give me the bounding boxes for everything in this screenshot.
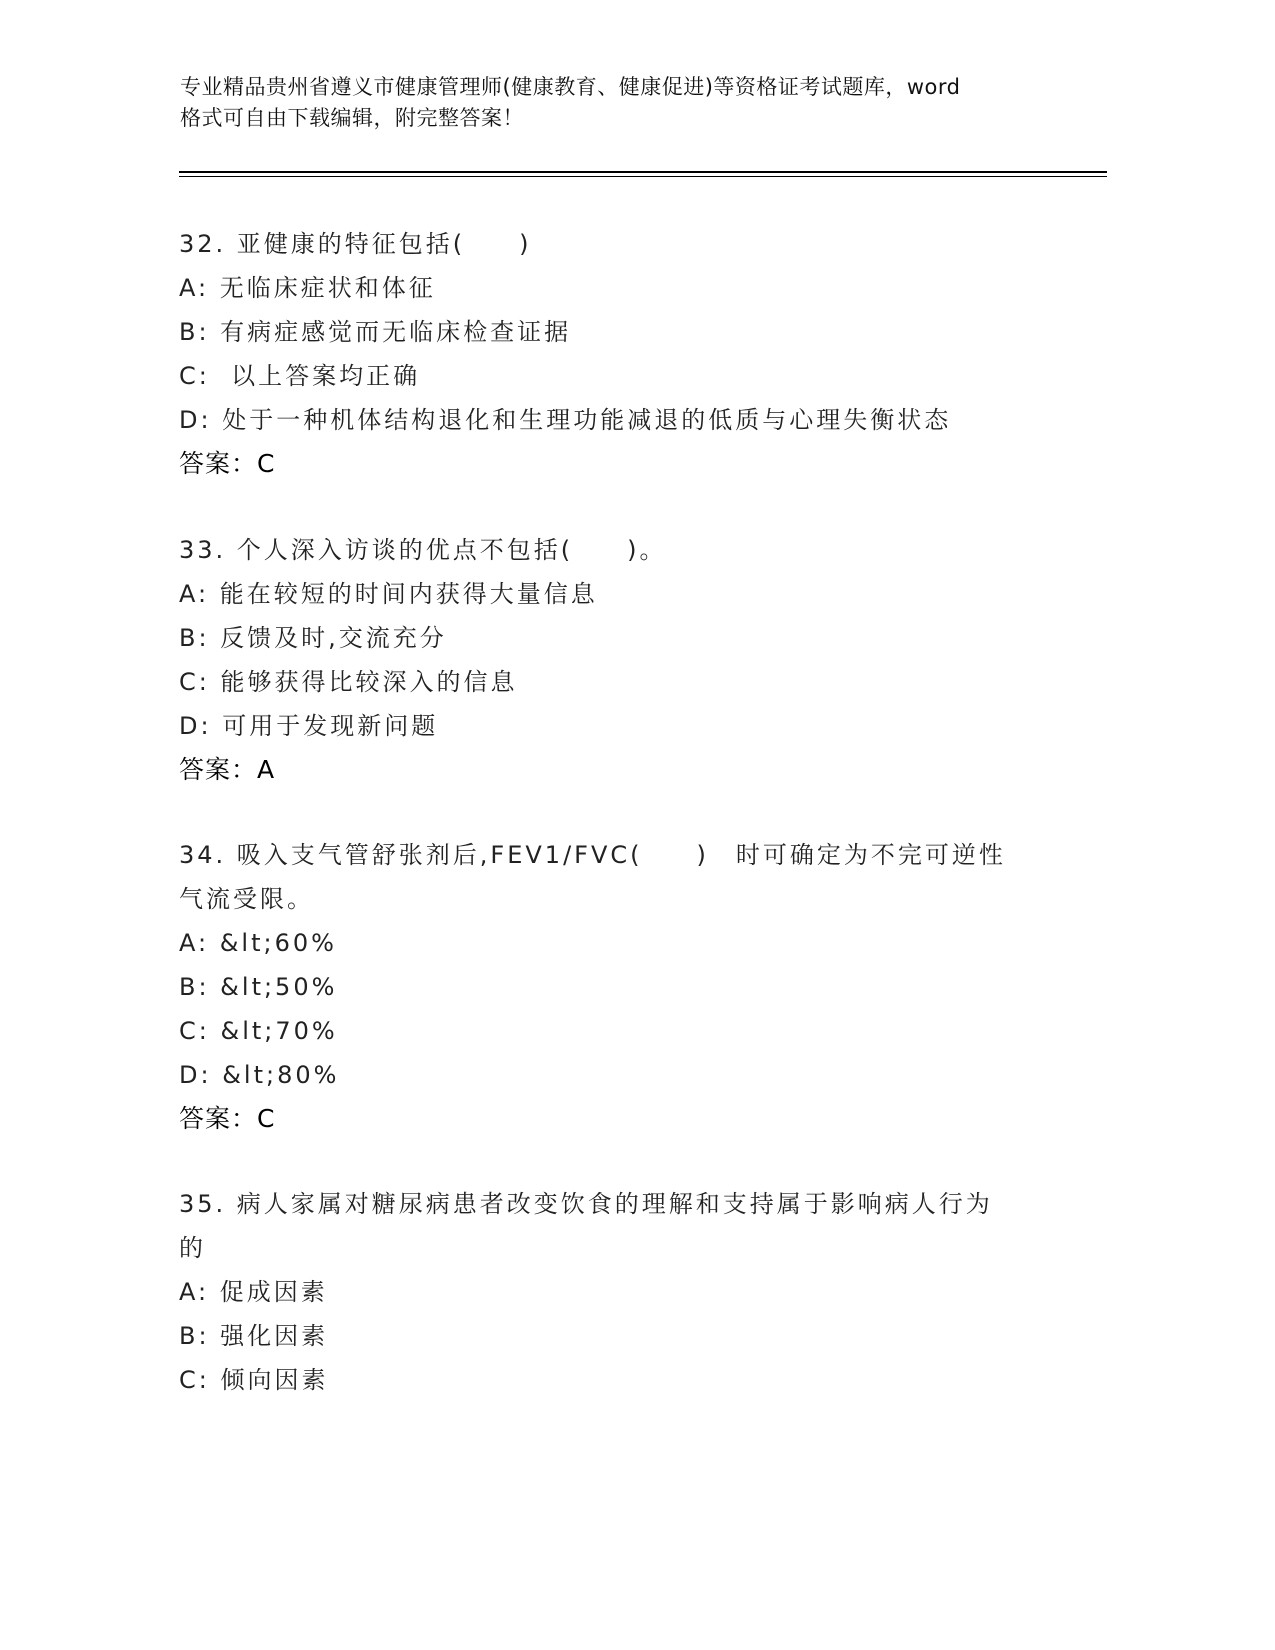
question-35: 35. 病人家属对糖尿病患者改变饮食的理解和支持属于影响病人行为的 A: 促成因… bbox=[179, 1182, 1019, 1402]
option-c: C: 以上答案均正确 bbox=[179, 354, 1039, 398]
question-stem: 32. 亚健康的特征包括( ) bbox=[179, 222, 1039, 266]
option-b: B: 反馈及时,交流充分 bbox=[179, 616, 1039, 660]
option-c: C: &lt;70% bbox=[179, 1009, 1019, 1053]
option-d: D: &lt;80% bbox=[179, 1053, 1019, 1097]
option-b: B: 有病症感觉而无临床检查证据 bbox=[179, 310, 1039, 354]
answer: 答案：C bbox=[179, 1097, 1019, 1141]
option-c: C: 倾向因素 bbox=[179, 1358, 1019, 1402]
header-divider-thin bbox=[179, 176, 1107, 177]
question-34: 34. 吸入支气管舒张剂后,FEV1/FVC( ) 时可确定为不完可逆性气流受限… bbox=[179, 833, 1019, 1141]
header-line-2: 格式可自由下载编辑，附完整答案！ bbox=[180, 103, 1060, 134]
answer: 答案：C bbox=[179, 442, 1039, 486]
header-divider-thick bbox=[179, 171, 1107, 173]
option-a: A: 无临床症状和体征 bbox=[179, 266, 1039, 310]
option-a: A: 能在较短的时间内获得大量信息 bbox=[179, 572, 1039, 616]
option-b: B: &lt;50% bbox=[179, 965, 1019, 1009]
header-line-1: 专业精品贵州省遵义市健康管理师(健康教育、健康促进)等资格证考试题库，word bbox=[180, 72, 1060, 103]
option-d: D: 处于一种机体结构退化和生理功能减退的低质与心理失衡状态 bbox=[179, 398, 1039, 442]
question-stem: 33. 个人深入访谈的优点不包括( )。 bbox=[179, 528, 1039, 572]
question-stem: 34. 吸入支气管舒张剂后,FEV1/FVC( ) 时可确定为不完可逆性气流受限… bbox=[179, 833, 1019, 921]
option-b: B: 强化因素 bbox=[179, 1314, 1019, 1358]
question-stem: 35. 病人家属对糖尿病患者改变饮食的理解和支持属于影响病人行为的 bbox=[179, 1182, 1019, 1270]
option-c: C: 能够获得比较深入的信息 bbox=[179, 660, 1039, 704]
answer: 答案：A bbox=[179, 748, 1039, 792]
option-a: A: &lt;60% bbox=[179, 921, 1019, 965]
document-header: 专业精品贵州省遵义市健康管理师(健康教育、健康促进)等资格证考试题库，word … bbox=[180, 72, 1060, 134]
option-a: A: 促成因素 bbox=[179, 1270, 1019, 1314]
question-33: 33. 个人深入访谈的优点不包括( )。 A: 能在较短的时间内获得大量信息 B… bbox=[179, 528, 1039, 792]
question-32: 32. 亚健康的特征包括( ) A: 无临床症状和体征 B: 有病症感觉而无临床… bbox=[179, 222, 1039, 486]
option-d: D: 可用于发现新问题 bbox=[179, 704, 1039, 748]
